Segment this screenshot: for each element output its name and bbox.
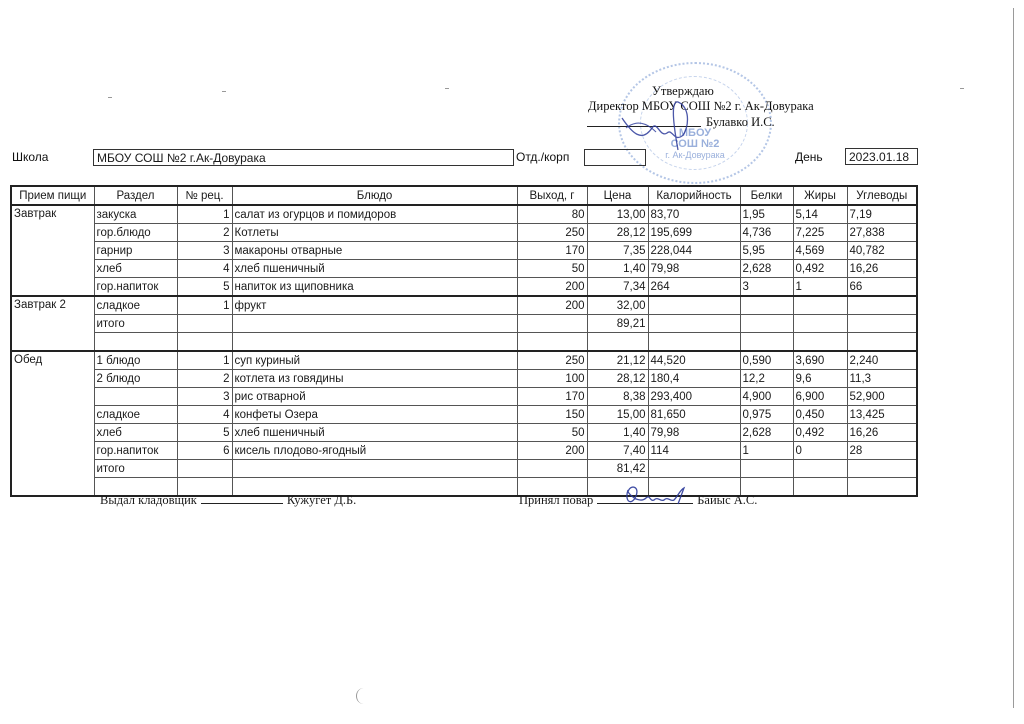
cell-meal: Завтрак 2: [11, 296, 94, 351]
cell-section: хлеб: [94, 260, 177, 278]
cell-recipe: 2: [177, 224, 232, 242]
cell-output: 200: [517, 296, 587, 315]
cell-carbs: 28: [847, 442, 917, 460]
cell-recipe: 4: [177, 260, 232, 278]
cell-fat: 9,6: [793, 370, 847, 388]
cell-recipe: 4: [177, 406, 232, 424]
cell-carbs: 2,240: [847, 351, 917, 370]
cell-output: 200: [517, 278, 587, 297]
cell-fat: [793, 460, 847, 478]
cell-dish: [232, 333, 517, 352]
menu-table: Прием пищиРаздел№ рец.БлюдоВыход, гЦенаК…: [10, 185, 918, 497]
cell-section: 2 блюдо: [94, 370, 177, 388]
cell-output: 150: [517, 406, 587, 424]
cell-protein: [740, 296, 793, 315]
cell-protein: 4,736: [740, 224, 793, 242]
cell-recipe: 1: [177, 351, 232, 370]
cell-calories: 44,520: [648, 351, 740, 370]
cell-fat: 6,900: [793, 388, 847, 406]
cell-output: [517, 333, 587, 352]
cell-section: закуска: [94, 205, 177, 224]
cell-carbs: [847, 333, 917, 352]
cell-dish: хлеб пшеничный: [232, 260, 517, 278]
cell-calories: 81,650: [648, 406, 740, 424]
cell-dish: котлета из говядины: [232, 370, 517, 388]
cell-protein: 1,95: [740, 205, 793, 224]
dept-label: Отд./корп: [516, 150, 569, 164]
cell-dish: салат из огурцов и помидоров: [232, 205, 517, 224]
cell-fat: 1: [793, 278, 847, 297]
received-name: Байыс А.С.: [697, 493, 757, 507]
cell-calories: 264: [648, 278, 740, 297]
issued-name: Кужугет Д.Б.: [287, 493, 356, 507]
cell-recipe: 3: [177, 242, 232, 260]
day-label: День: [795, 150, 823, 164]
cell-fat: [793, 296, 847, 315]
cell-calories: 195,699: [648, 224, 740, 242]
scan-speck: [445, 88, 449, 89]
cell-section: [94, 333, 177, 352]
cell-fat: [793, 315, 847, 333]
scan-edge-line: [1013, 8, 1014, 708]
cell-recipe: 1: [177, 296, 232, 315]
cell-dish: кисель плодово-ягодный: [232, 442, 517, 460]
cell-price: 7,35: [587, 242, 648, 260]
cell-dish: рис отварной: [232, 388, 517, 406]
cook-signature-icon: [620, 482, 700, 512]
cell-dish: напиток из щиповника: [232, 278, 517, 297]
table-row: итого89,21: [11, 315, 917, 333]
cell-price: 89,21: [587, 315, 648, 333]
cell-dish: макароны отварные: [232, 242, 517, 260]
cell-carbs: 16,26: [847, 260, 917, 278]
cell-output: [517, 315, 587, 333]
cell-dish: Котлеты: [232, 224, 517, 242]
cell-price: 8,38: [587, 388, 648, 406]
cell-recipe: 5: [177, 424, 232, 442]
dept-field[interactable]: [584, 149, 646, 166]
cell-price: 21,12: [587, 351, 648, 370]
cell-output: 50: [517, 260, 587, 278]
cell-calories: 293,400: [648, 388, 740, 406]
cell-recipe: 2: [177, 370, 232, 388]
cell-recipe: 3: [177, 388, 232, 406]
cell-carbs: [847, 315, 917, 333]
cell-price: 28,12: [587, 370, 648, 388]
cell-section: сладкое: [94, 296, 177, 315]
approval-name: Булавко И.С.: [706, 115, 775, 130]
column-header: Прием пищи: [11, 186, 94, 205]
table-row: гор.напиток5напиток из щиповника2007,342…: [11, 278, 917, 297]
cell-carbs: [847, 460, 917, 478]
cell-calories: 83,70: [648, 205, 740, 224]
cell-recipe: [177, 333, 232, 352]
cell-output: 50: [517, 424, 587, 442]
cell-section: гор.напиток: [94, 278, 177, 297]
cell-output: 170: [517, 242, 587, 260]
cell-dish: хлеб пшеничный: [232, 424, 517, 442]
cell-recipe: 5: [177, 278, 232, 297]
table-row: гор.напиток6кисель плодово-ягодный2007,4…: [11, 442, 917, 460]
scan-speck: [960, 88, 964, 89]
table-row: итого81,42: [11, 460, 917, 478]
column-header: Углеводы: [847, 186, 917, 205]
scan-speck: [108, 97, 112, 98]
cell-output: 170: [517, 388, 587, 406]
cell-carbs: 16,26: [847, 424, 917, 442]
table-row: 2 блюдо2котлета из говядины10028,12180,4…: [11, 370, 917, 388]
table-row: сладкое4 конфеты Озера15015,0081,6500,97…: [11, 406, 917, 424]
cell-carbs: 66: [847, 278, 917, 297]
column-header: Выход, г: [517, 186, 587, 205]
cell-recipe: 1: [177, 205, 232, 224]
column-header: Жиры: [793, 186, 847, 205]
column-header: Калорийность: [648, 186, 740, 205]
column-header: № рец.: [177, 186, 232, 205]
column-header: Цена: [587, 186, 648, 205]
table-row: гарнир3макароны отварные1707,35228,0445,…: [11, 242, 917, 260]
cell-fat: 7,225: [793, 224, 847, 242]
cell-protein: [740, 333, 793, 352]
cell-calories: 79,98: [648, 260, 740, 278]
table-row: [11, 333, 917, 352]
director-signature-icon: [612, 98, 707, 153]
cell-price: 1,40: [587, 424, 648, 442]
cell-price: 1,40: [587, 260, 648, 278]
cell-fat: 4,569: [793, 242, 847, 260]
cell-protein: 0,975: [740, 406, 793, 424]
cell-fat: [793, 478, 847, 497]
cell-fat: 0,450: [793, 406, 847, 424]
cell-meal: Обед: [11, 351, 94, 496]
cell-carbs: [847, 296, 917, 315]
cell-calories: [648, 315, 740, 333]
cell-section: итого: [94, 460, 177, 478]
cell-calories: 79,98: [648, 424, 740, 442]
table-row: Завтракзакуска1салат из огурцов и помидо…: [11, 205, 917, 224]
cell-protein: 4,900: [740, 388, 793, 406]
cell-calories: [648, 460, 740, 478]
day-field[interactable]: 2023.01.18: [845, 148, 918, 165]
cell-dish: [232, 315, 517, 333]
cell-section: гарнир: [94, 242, 177, 260]
cell-fat: 3,690: [793, 351, 847, 370]
cell-carbs: 7,19: [847, 205, 917, 224]
cell-calories: [648, 333, 740, 352]
cell-section: [94, 388, 177, 406]
cell-recipe: 6: [177, 442, 232, 460]
cell-section: 1 блюдо: [94, 351, 177, 370]
table-row: Обед1 блюдо1суп куриный25021,1244,5200,5…: [11, 351, 917, 370]
table-row: хлеб4хлеб пшеничный501,4079,982,6280,492…: [11, 260, 917, 278]
cell-fat: [793, 333, 847, 352]
cell-protein: 3: [740, 278, 793, 297]
cell-price: 7,40: [587, 442, 648, 460]
cell-fat: 0: [793, 442, 847, 460]
cell-section: итого: [94, 315, 177, 333]
cell-section: хлеб: [94, 424, 177, 442]
cell-recipe: [177, 315, 232, 333]
cell-calories: 180,4: [648, 370, 740, 388]
cell-section: гор.напиток: [94, 442, 177, 460]
cell-recipe: [177, 460, 232, 478]
cell-price: 13,00: [587, 205, 648, 224]
table-row: Завтрак 2сладкое1фрукт20032,00: [11, 296, 917, 315]
table-row: гор.блюдо2Котлеты25028,12195,6994,7367,2…: [11, 224, 917, 242]
cell-section: сладкое: [94, 406, 177, 424]
cell-dish: [232, 460, 517, 478]
cell-carbs: [847, 478, 917, 497]
cell-protein: [740, 460, 793, 478]
cell-protein: 1: [740, 442, 793, 460]
cell-output: [517, 460, 587, 478]
approval-title: Утверждаю: [652, 84, 714, 99]
column-header: Белки: [740, 186, 793, 205]
table-row: хлеб5хлеб пшеничный501,4079,982,6280,492…: [11, 424, 917, 442]
cell-meal: Завтрак: [11, 205, 94, 296]
column-header: Раздел: [94, 186, 177, 205]
cell-protein: 5,95: [740, 242, 793, 260]
cell-dish: фрукт: [232, 296, 517, 315]
column-header: Блюдо: [232, 186, 517, 205]
cell-output: 80: [517, 205, 587, 224]
issued-label: Выдал кладовщик: [100, 493, 197, 507]
cell-protein: 12,2: [740, 370, 793, 388]
cell-price: 32,00: [587, 296, 648, 315]
punch-hole-mark: [356, 688, 371, 704]
storekeeper-signature-line: [201, 493, 283, 504]
table-header-row: Прием пищиРаздел№ рец.БлюдоВыход, гЦенаК…: [11, 186, 917, 205]
cell-dish: конфеты Озера: [232, 406, 517, 424]
cell-carbs: 13,425: [847, 406, 917, 424]
issued-by-block: Выдал кладовщикКужугет Д.Б.: [100, 493, 356, 508]
cell-output: 250: [517, 224, 587, 242]
cell-calories: 114: [648, 442, 740, 460]
cell-section: гор.блюдо: [94, 224, 177, 242]
cell-carbs: 11,3: [847, 370, 917, 388]
school-field[interactable]: МБОУ СОШ №2 г.Ак-Довурака: [93, 149, 514, 166]
cell-protein: [740, 315, 793, 333]
cell-fat: 5,14: [793, 205, 847, 224]
cell-output: 200: [517, 442, 587, 460]
cell-price: 7,34: [587, 278, 648, 297]
scan-speck: [222, 91, 226, 92]
table-row: 3рис отварной1708,38293,4004,9006,90052,…: [11, 388, 917, 406]
cell-carbs: 52,900: [847, 388, 917, 406]
received-label: Принял повар: [519, 493, 593, 507]
cell-carbs: 27,838: [847, 224, 917, 242]
cell-output: 100: [517, 370, 587, 388]
cell-price: [587, 333, 648, 352]
cell-carbs: 40,782: [847, 242, 917, 260]
cell-protein: 2,628: [740, 424, 793, 442]
cell-price: 15,00: [587, 406, 648, 424]
cell-output: 250: [517, 351, 587, 370]
cell-protein: 0,590: [740, 351, 793, 370]
cell-fat: 0,492: [793, 424, 847, 442]
cell-calories: 228,044: [648, 242, 740, 260]
cell-calories: [648, 296, 740, 315]
cell-protein: 2,628: [740, 260, 793, 278]
cell-dish: суп куриный: [232, 351, 517, 370]
cell-price: 81,42: [587, 460, 648, 478]
cell-price: 28,12: [587, 224, 648, 242]
cell-fat: 0,492: [793, 260, 847, 278]
school-label: Школа: [12, 150, 48, 164]
